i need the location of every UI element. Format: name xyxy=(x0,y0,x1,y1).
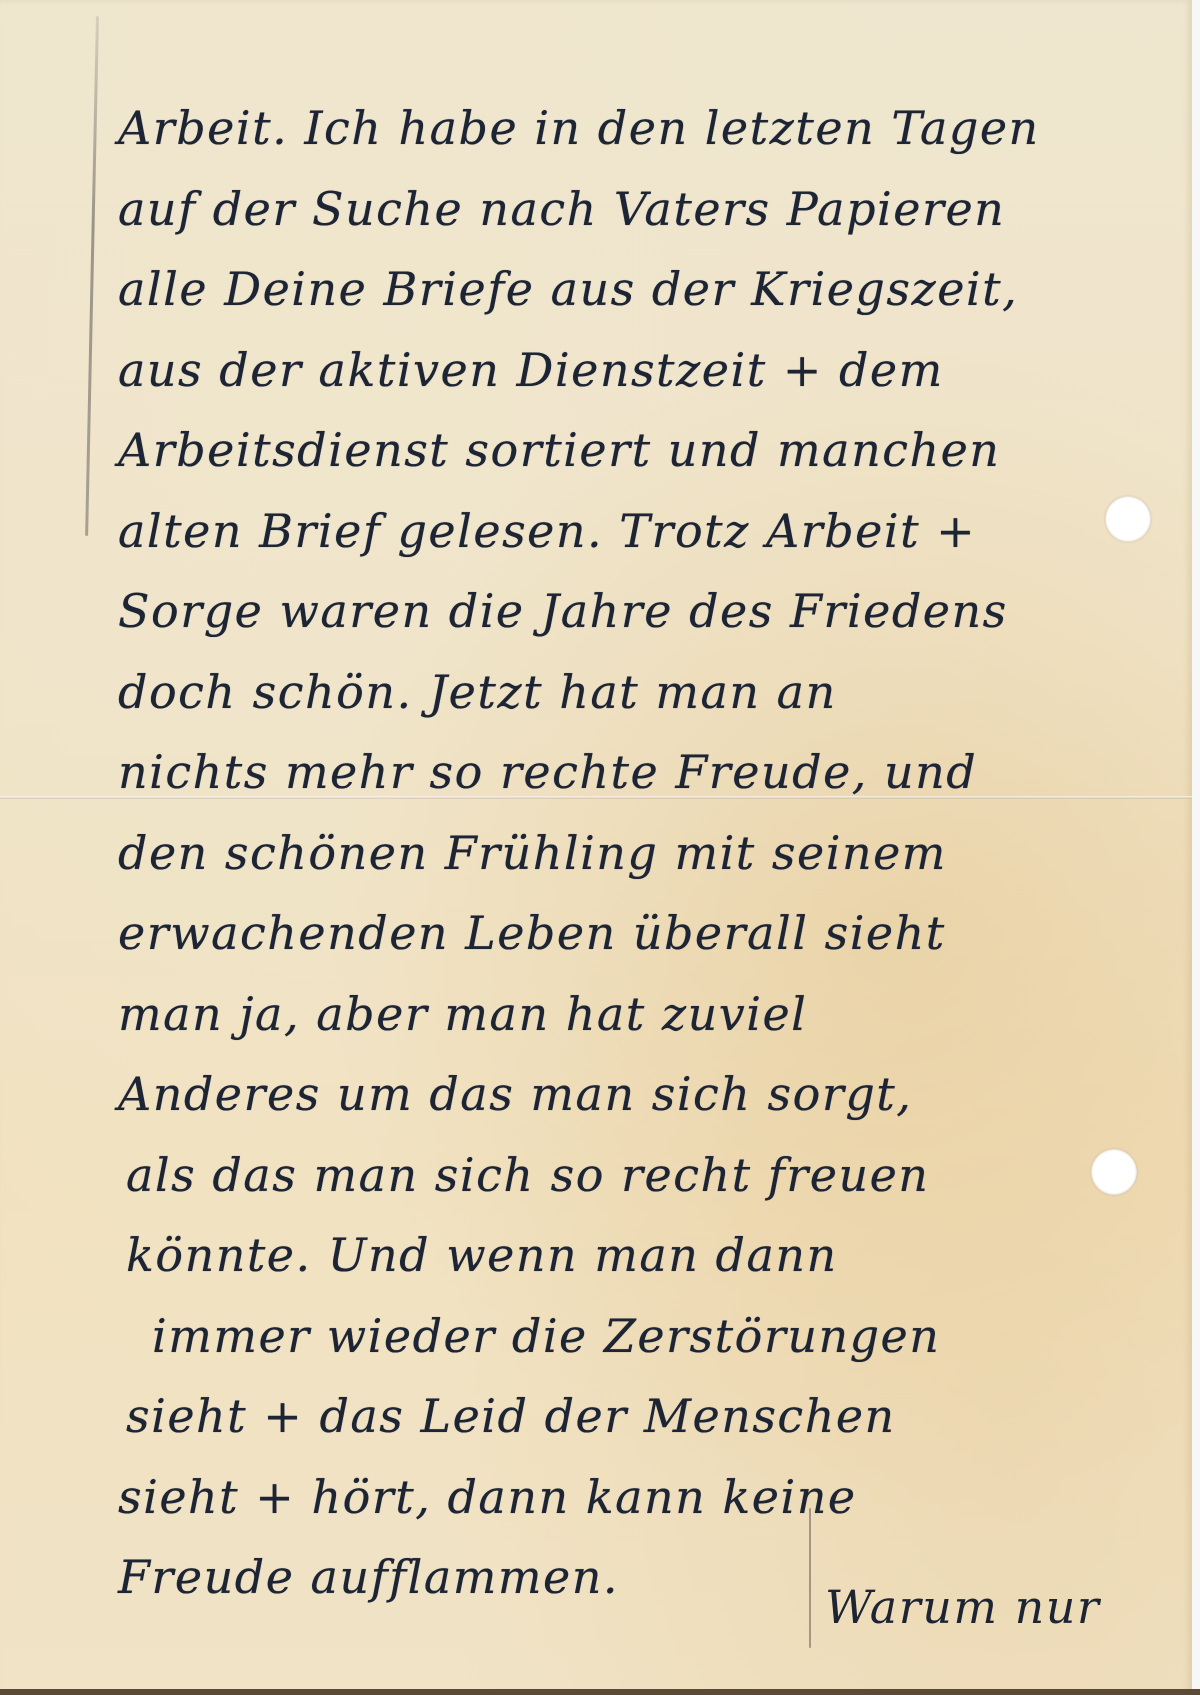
text-line-12: man ja, aber man hat zuviel xyxy=(118,974,1188,1055)
text-line-15: könnte. Und wenn man dann xyxy=(118,1215,1188,1296)
text-line-13: Anderes um das man sich sorgt, xyxy=(118,1054,1188,1135)
handwritten-text: Arbeit. Ich habe in den letzten Tagen au… xyxy=(118,88,1188,1618)
text-line-1: Arbeit. Ich habe in den letzten Tagen xyxy=(118,88,1188,169)
scan-right-margin xyxy=(1192,0,1200,1695)
text-line-4: aus der aktiven Dienstzeit + dem xyxy=(118,330,1188,411)
text-line-14: als das man sich so recht freuen xyxy=(118,1135,1188,1216)
text-line-8: doch schön. Jetzt hat man an xyxy=(118,652,1188,733)
text-line-17: sieht + das Leid der Menschen xyxy=(118,1376,1188,1457)
text-line-10: den schönen Frühling mit seinem xyxy=(118,813,1188,894)
letter-page: Arbeit. Ich habe in den letzten Tagen au… xyxy=(0,0,1192,1695)
text-line-5: Arbeitsdienst sortiert und manchen xyxy=(118,410,1188,491)
text-line-16: immer wieder die Zerstörungen xyxy=(118,1296,1188,1377)
text-line-7: Sorge waren die Jahre des Friedens xyxy=(118,571,1188,652)
text-line-3: alle Deine Briefe aus der Kriegszeit, xyxy=(118,249,1188,330)
text-line-19-continuation: Warum nur xyxy=(825,1580,1100,1634)
text-line-6: alten Brief gelesen. Trotz Arbeit + xyxy=(118,491,1188,572)
text-line-9: nichts mehr so rechte Freude, und xyxy=(118,732,1188,813)
scan-bottom-edge xyxy=(0,1689,1200,1695)
text-line-2: auf der Suche nach Vaters Papieren xyxy=(118,169,1188,250)
pencil-margin-line xyxy=(85,16,99,536)
text-line-11: erwachenden Leben überall sieht xyxy=(118,893,1188,974)
text-line-18: sieht + hört, dann kann keine xyxy=(118,1457,1188,1538)
